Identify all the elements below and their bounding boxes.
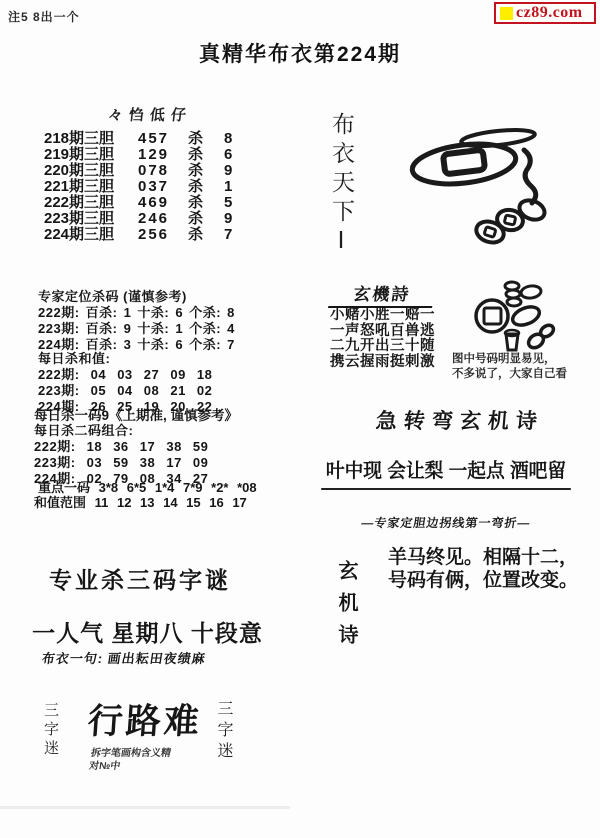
- sharp-turn-poem-line: 叶中现 会让梨 一起点 酒吧留: [321, 455, 571, 490]
- table-row: 223期三胆246杀9: [44, 211, 244, 227]
- kill-value: 7: [224, 227, 244, 243]
- section-heading: 每日杀二码组合:: [34, 420, 208, 439]
- coins-small-illustration: [463, 276, 563, 358]
- period-cell: 221期三胆: [44, 179, 138, 195]
- table-row: 219期三胆129杀6: [44, 147, 244, 163]
- period-cell: 224期三胆: [44, 227, 138, 243]
- sum-range-line: 和值范围 11 12 13 14 15 16 17: [34, 492, 247, 511]
- kill-label: 杀: [188, 179, 224, 195]
- xuanji-poem-section: 玄機詩 小赌小胜一赔一 一声怒吼百兽逃 二九开出三十随 携云握雨挺刺激: [330, 280, 434, 370]
- buyi-sentence: 布衣一句: 画出耘田夜绩麻: [41, 648, 208, 667]
- riddle-side-label-left: 三字迷: [40, 702, 61, 759]
- puzzle-line: 一人气 星期八 十段意: [25, 615, 270, 648]
- table-row: 224期三胆256杀7: [44, 227, 244, 243]
- mystery-poem-vertical-title: 玄机诗: [332, 560, 361, 656]
- coins-large-illustration: [406, 116, 566, 256]
- figure-caption-line2: 不多说了，大家自己看: [452, 367, 567, 382]
- kill-value: 5: [224, 195, 244, 211]
- dan-cell: 246: [138, 211, 188, 227]
- table-row: 222期: 百杀: 1 十杀: 6 个杀: 8: [38, 305, 235, 321]
- dan-cell: 129: [138, 147, 188, 163]
- table-row: 220期三胆078杀9: [44, 163, 244, 179]
- dan-cell: 037: [138, 179, 188, 195]
- riddle-side-label-right: 三字迷: [212, 700, 235, 763]
- dan-cell: 469: [138, 195, 188, 211]
- table-row: 222期: 04 03 27 09 18: [38, 367, 212, 383]
- table-row: 223期: 百杀: 9 十杀: 1 个杀: 4: [38, 321, 235, 337]
- site-logo[interactable]: cz89.com: [494, 2, 596, 24]
- table-row: 222期三胆469杀5: [44, 195, 244, 211]
- dan-history-table: 218期三胆457杀8 219期三胆129杀6 220期三胆078杀9 221期…: [44, 131, 244, 243]
- period-cell: 220期三胆: [44, 163, 138, 179]
- kill-label: 杀: [188, 163, 224, 179]
- logo-square-icon: [500, 7, 513, 20]
- period-cell: 219期三胆: [44, 147, 138, 163]
- period-cell: 223期三胆: [44, 211, 138, 227]
- table-row: 223期: 03 59 38 17 09: [34, 455, 208, 471]
- poem-line: 一声怒吼百兽逃: [330, 324, 434, 340]
- left-script-header: 々㤘低仔: [54, 104, 246, 125]
- figure-caption-line1: 图中号码明显易见，: [452, 352, 567, 367]
- dan-cell: 457: [138, 131, 188, 147]
- riddle-note: 拆字笔画构含义精 对№中: [88, 747, 172, 773]
- section-heading: 专家定位杀码 (谨慎参考): [38, 286, 235, 305]
- logo-text: cz89.com: [516, 4, 583, 22]
- dan-cell: 256: [138, 227, 188, 243]
- expert-dan-line: —专家定胆边拐线第一弯折—: [317, 514, 575, 531]
- kill-label: 杀: [188, 227, 224, 243]
- kill-value: 1: [224, 179, 244, 195]
- right-vertical-title: 布衣天下Ⅰ: [326, 112, 359, 260]
- mystery-poem-line2: 号码有俩，位置改变。: [388, 569, 578, 592]
- mystery-poem-lines: 羊马终见。相隔十二， 号码有俩，位置改变。: [388, 546, 578, 592]
- riddle-main-answer: 行路难: [86, 694, 204, 744]
- lottery-sheet-page: 注5 8出一个 cz89.com 真精华布衣第224期 々㤘低仔 218期三胆4…: [0, 0, 600, 838]
- table-row: 218期三胆457杀8: [44, 131, 244, 147]
- kill-value: 8: [224, 131, 244, 147]
- scan-smudge: [0, 806, 290, 809]
- top-note: 注5 8出一个: [8, 8, 80, 25]
- kill-value: 9: [224, 163, 244, 179]
- mystery-poem-line1: 羊马终见。相隔十二，: [388, 546, 578, 569]
- puzzle-title: 专业杀三码字谜: [30, 562, 250, 595]
- sharp-turn-poem-title: 急转弯玄机诗: [349, 405, 572, 435]
- figure-caption: 图中号码明显易见， 不多说了，大家自己看: [452, 352, 567, 382]
- kill-label: 杀: [188, 131, 224, 147]
- riddle-note-line1: 拆字笔画构含义精: [90, 747, 172, 760]
- table-row: 222期: 18 36 17 38 59: [34, 439, 208, 455]
- table-row: 223期: 05 04 08 21 02: [38, 383, 212, 399]
- riddle-note-line2: 对№中: [88, 760, 170, 773]
- kill-value: 9: [224, 211, 244, 227]
- positional-kill-section: 专家定位杀码 (谨慎参考) 222期: 百杀: 1 十杀: 6 个杀: 8 22…: [38, 286, 235, 353]
- poem-line: 小赌小胜一赔一: [330, 308, 434, 324]
- kill-label: 杀: [188, 147, 224, 163]
- table-row: 221期三胆037杀1: [44, 179, 244, 195]
- section-heading: 每日杀和值:: [38, 348, 212, 367]
- xuanji-heading: 玄機詩: [328, 280, 436, 308]
- kill-label: 杀: [188, 195, 224, 211]
- period-cell: 218期三胆: [44, 131, 138, 147]
- page-title: 真精华布衣第224期: [0, 38, 600, 68]
- dan-cell: 078: [138, 163, 188, 179]
- poem-line: 二九开出三十随: [330, 339, 434, 355]
- period-cell: 222期三胆: [44, 195, 138, 211]
- kill-value: 6: [224, 147, 244, 163]
- kill-label: 杀: [188, 211, 224, 227]
- poem-line: 携云握雨挺刺激: [330, 355, 434, 371]
